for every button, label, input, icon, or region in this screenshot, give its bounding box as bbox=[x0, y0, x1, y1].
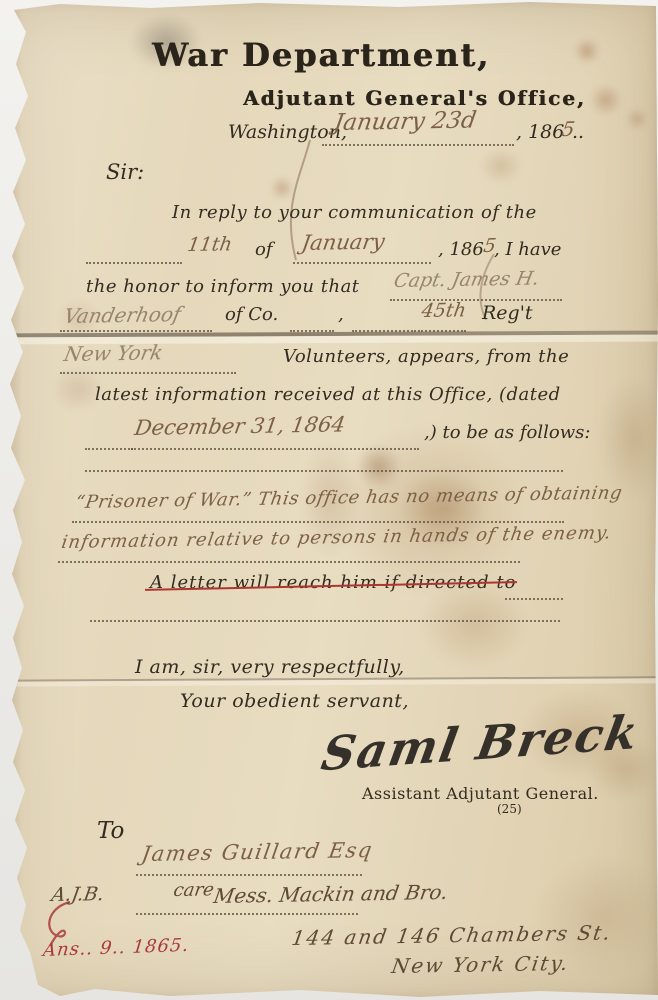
closing-line-1: I am, sir, very respectfully, bbox=[135, 656, 405, 678]
blank-line bbox=[352, 330, 416, 332]
clerk-initials: A.J.B. bbox=[50, 883, 106, 906]
blank-line bbox=[85, 448, 133, 450]
blank-line bbox=[322, 144, 514, 146]
of-co-label: of Co. bbox=[225, 304, 278, 325]
water-stain bbox=[598, 376, 658, 500]
fox-spot bbox=[574, 38, 600, 64]
handwritten-month: January bbox=[300, 230, 386, 255]
handwritten-info-date: December 31, 1864 bbox=[133, 412, 347, 440]
department-title: War Department, bbox=[152, 36, 490, 74]
scanned-letter-photo: War Department, Adjutant General's Offic… bbox=[0, 0, 658, 1000]
handwritten-state: New York bbox=[62, 340, 165, 366]
salutation: Sir: bbox=[106, 160, 144, 184]
blank-line bbox=[293, 262, 431, 264]
body-line-3: the honor to inform you that bbox=[86, 276, 360, 297]
handwritten-care-of: Mess. Mackin and Bro. bbox=[212, 880, 450, 908]
blank-line bbox=[86, 262, 182, 264]
blank-line bbox=[58, 561, 520, 563]
blank-line bbox=[136, 874, 362, 876]
body-line-1: In reply to your communication of the bbox=[172, 202, 537, 223]
body-line-7: ,) to be as follows: bbox=[424, 422, 590, 443]
blank-line bbox=[131, 448, 419, 450]
blank-line bbox=[85, 470, 563, 472]
handwritten-care: care bbox=[172, 879, 216, 901]
regt-label: Reg't bbox=[482, 302, 533, 324]
body-line-5: Volunteers, appears, from the bbox=[283, 346, 569, 367]
office-title: Adjutant General's Office, bbox=[243, 86, 586, 110]
comma-mark: , bbox=[338, 304, 344, 325]
ink-blot-stain bbox=[356, 444, 402, 490]
blank-line bbox=[418, 330, 466, 332]
form-number: (25) bbox=[497, 802, 522, 816]
blank-line bbox=[90, 620, 560, 622]
to-label: To bbox=[97, 818, 124, 844]
year-printed-body: , 186 bbox=[438, 239, 484, 260]
fox-spot bbox=[480, 148, 522, 184]
fox-spot bbox=[626, 108, 648, 130]
handwritten-date: January 23d bbox=[332, 108, 478, 136]
blank-line bbox=[505, 598, 563, 600]
closing-line-2: Your obedient servant, bbox=[180, 690, 409, 712]
handwritten-officer-name: Capt. James H. bbox=[392, 267, 541, 292]
blank-line bbox=[72, 521, 564, 523]
blank-line bbox=[290, 330, 334, 332]
body-line-2-end: , I have bbox=[494, 239, 561, 260]
handwritten-regiment-no: 45th bbox=[420, 299, 468, 322]
handwritten-surname: Vanderhoof bbox=[62, 302, 183, 328]
blank-line bbox=[60, 330, 212, 332]
handwritten-city: New York City. bbox=[390, 951, 571, 978]
blank-line bbox=[390, 299, 562, 301]
place-label: Washington, bbox=[228, 121, 347, 143]
handwritten-recipient: James Guillard Esq bbox=[140, 838, 375, 866]
blank-line bbox=[136, 913, 358, 915]
of-label: of bbox=[255, 239, 273, 260]
year-printed: , 186 bbox=[516, 121, 564, 143]
handwritten-day: 11th bbox=[186, 233, 234, 256]
fox-spot bbox=[590, 84, 622, 116]
blank-line bbox=[60, 372, 236, 374]
torn-edge-shading bbox=[0, 0, 22, 1000]
period-mark: .. bbox=[572, 121, 584, 143]
body-line-6: latest information received at this Offi… bbox=[95, 384, 561, 405]
signer-title: Assistant Adjutant General. bbox=[362, 784, 599, 803]
